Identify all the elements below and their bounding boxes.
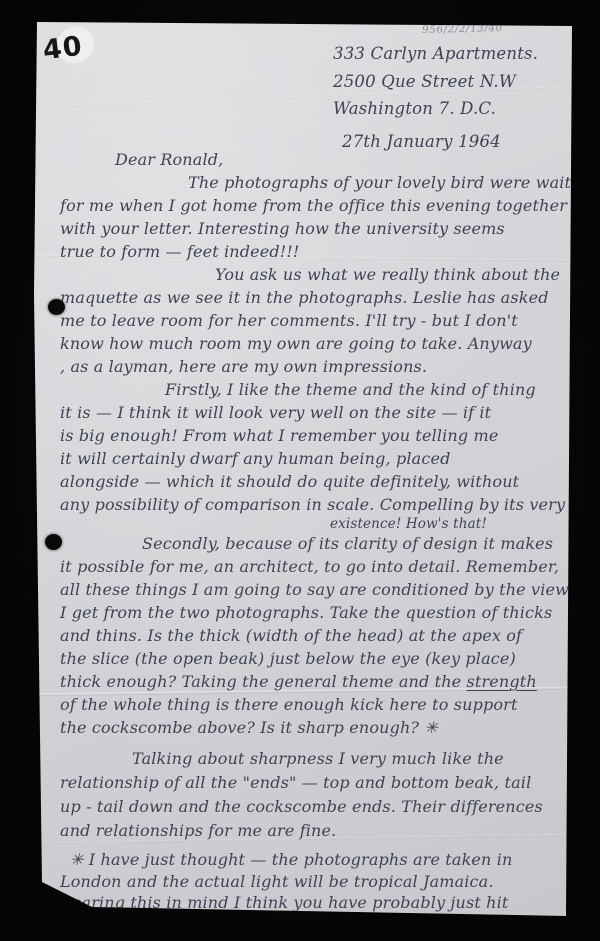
letter-line-text: true to form — feet indeed!!! — [60, 242, 300, 261]
letter-line-text: Firstly, I like the theme and the kind o… — [165, 380, 536, 399]
letter-line-text: it is — I think it will look very well o… — [60, 403, 491, 422]
letter-line-text: Talking about sharpness I very much like… — [132, 749, 504, 768]
salutation: Dear Ronald, — [115, 148, 572, 171]
letter-line-text: is big enough! From what I remember you … — [60, 426, 498, 445]
letter-line: up - tail down and the cockscombe ends. … — [60, 795, 572, 819]
letter-line: it right. — [60, 914, 572, 936]
paragraph: You ask us what we really think about th… — [60, 263, 572, 378]
letter-line-text: The photographs of your lovely bird were… — [188, 173, 597, 192]
letter-line-text: it right. — [60, 915, 123, 934]
letter-line: thick enough? Taking the general theme a… — [60, 670, 572, 693]
letter-line: the slice (the open beak) just below the… — [60, 647, 572, 670]
address-block: 333 Carlyn Apartments.2500 Que Street N.… — [333, 40, 538, 155]
underlined-word: strength — [467, 672, 537, 691]
letter-line-text: maquette as we see it in the photographs… — [60, 288, 549, 307]
letter-line-text: ✳ I have just thought — the photographs … — [70, 850, 512, 869]
letter-line-text: You ask us what we really think about th… — [215, 265, 560, 284]
letter-line-text: alongside — which it should do quite def… — [60, 472, 519, 491]
letter-line: it is — I think it will look very well o… — [60, 401, 572, 424]
letter-line: alongside — which it should do quite def… — [60, 470, 572, 493]
letter-line-text: and relationships for me are fine. — [60, 821, 336, 840]
letter-line: and thins. Is the thick (width of the he… — [60, 624, 572, 647]
letter-line: You ask us what we really think about th… — [215, 263, 572, 286]
paragraph: Talking about sharpness I very much like… — [60, 747, 572, 843]
letter-line: know how much room my own are going to t… — [60, 332, 572, 355]
punch-hole-bottom — [45, 534, 62, 550]
letter-line: The photographs of your lovely bird were… — [188, 171, 572, 194]
letter-line-text: know how much room my own are going to t… — [60, 334, 532, 353]
letter-line-text: , as a layman, here are my own impressio… — [60, 357, 427, 376]
address-line: 333 Carlyn Apartments. — [333, 40, 538, 68]
letter-line: I get from the two photographs. Take the… — [60, 601, 572, 624]
letter-line-text: and thins. Is the thick (width of the he… — [60, 626, 522, 645]
address-line: 2500 Que Street N.W — [333, 68, 538, 96]
letter-line: is big enough! From what I remember you … — [60, 424, 572, 447]
letter-line: any possibility of comparison in scale. … — [60, 493, 572, 516]
letter-body: Dear Ronald, The photographs of your lov… — [60, 148, 572, 935]
letter-line: of the whole thing is there enough kick … — [60, 693, 572, 716]
letter-line: maquette as we see it in the photographs… — [60, 286, 572, 309]
letter-line: ✳ I have just thought — the photographs … — [70, 849, 572, 871]
letter-line: me to leave room for her comments. I'll … — [60, 309, 572, 332]
letter-line: with your letter. Interesting how the un… — [60, 217, 572, 240]
paragraph: Firstly, I like the theme and the kind o… — [60, 378, 572, 532]
letter-line: Talking about sharpness I very much like… — [132, 747, 572, 771]
letter-line-text: existence! How's that! — [330, 516, 487, 532]
letter-line: the cockscombe above? Is it sharp enough… — [60, 716, 572, 739]
letter-line: Secondly, because of its clarity of desi… — [142, 532, 572, 555]
letter-line: London and the actual light will be trop… — [60, 871, 572, 893]
letter-line-text: the cockscombe above? Is it sharp enough… — [60, 718, 438, 737]
letter-line-text: of the whole thing is there enough kick … — [60, 695, 518, 714]
punch-hole-top — [48, 299, 65, 315]
letter-line-text: it possible for me, an architect, to go … — [60, 557, 559, 576]
letter-line-text: with your letter. Interesting how the un… — [60, 219, 505, 238]
letter-line: it possible for me, an architect, to go … — [60, 555, 572, 578]
letter-line: for me when I got home from the office t… — [60, 194, 572, 217]
inserted-annotation: existence! How's that! — [330, 516, 572, 532]
page-number: 40 — [41, 31, 84, 67]
letter-line-text: me to leave room for her comments. I'll … — [60, 311, 518, 330]
letter-line-text: relationship of all the "ends" — top and… — [60, 773, 531, 792]
letter-line-text: all these things I am going to say are c… — [60, 580, 569, 599]
letter-line: relationship of all the "ends" — top and… — [60, 771, 572, 795]
letter-line-text: it will certainly dwarf any human being,… — [60, 449, 450, 468]
paragraph: The photographs of your lovely bird were… — [60, 171, 572, 263]
letter-paragraphs: The photographs of your lovely bird were… — [60, 171, 572, 935]
letter-line-text: the slice (the open beak) just below the… — [60, 649, 516, 668]
letter-line-text: up - tail down and the cockscombe ends. … — [60, 797, 543, 816]
letter-paper: 40 956/2/2/13/40 333 Carlyn Apartments.2… — [0, 0, 600, 941]
address-line: Washington 7. D.C. — [333, 95, 538, 123]
letter-line-text: thick enough? Taking the general theme a… — [60, 672, 467, 691]
letter-line-text: Secondly, because of its clarity of desi… — [142, 534, 553, 553]
letter-line-text: Bearing this in mind I think you have pr… — [60, 893, 508, 912]
archive-reference: 956/2/2/13/40 — [422, 22, 503, 36]
photograph-background: 40 956/2/2/13/40 333 Carlyn Apartments.2… — [0, 0, 600, 941]
paragraph: ✳ I have just thought — the photographs … — [60, 849, 572, 935]
paragraph: Secondly, because of its clarity of desi… — [60, 532, 572, 739]
letter-line: and relationships for me are fine. — [60, 819, 572, 843]
letter-line: , as a layman, here are my own impressio… — [60, 355, 572, 378]
letter-line-text: for me when I got home from the office t… — [60, 196, 567, 215]
letter-line: all these things I am going to say are c… — [60, 578, 572, 601]
letter-line: Bearing this in mind I think you have pr… — [60, 892, 572, 914]
letter-line: true to form — feet indeed!!! — [60, 240, 572, 263]
letter-line: Firstly, I like the theme and the kind o… — [165, 378, 572, 401]
letter-line-text: London and the actual light will be trop… — [60, 872, 494, 891]
letter-line-text: I get from the two photographs. Take the… — [60, 603, 552, 622]
letter-line-text: any possibility of comparison in scale. … — [60, 495, 565, 514]
letter-line: it will certainly dwarf any human being,… — [60, 447, 572, 470]
